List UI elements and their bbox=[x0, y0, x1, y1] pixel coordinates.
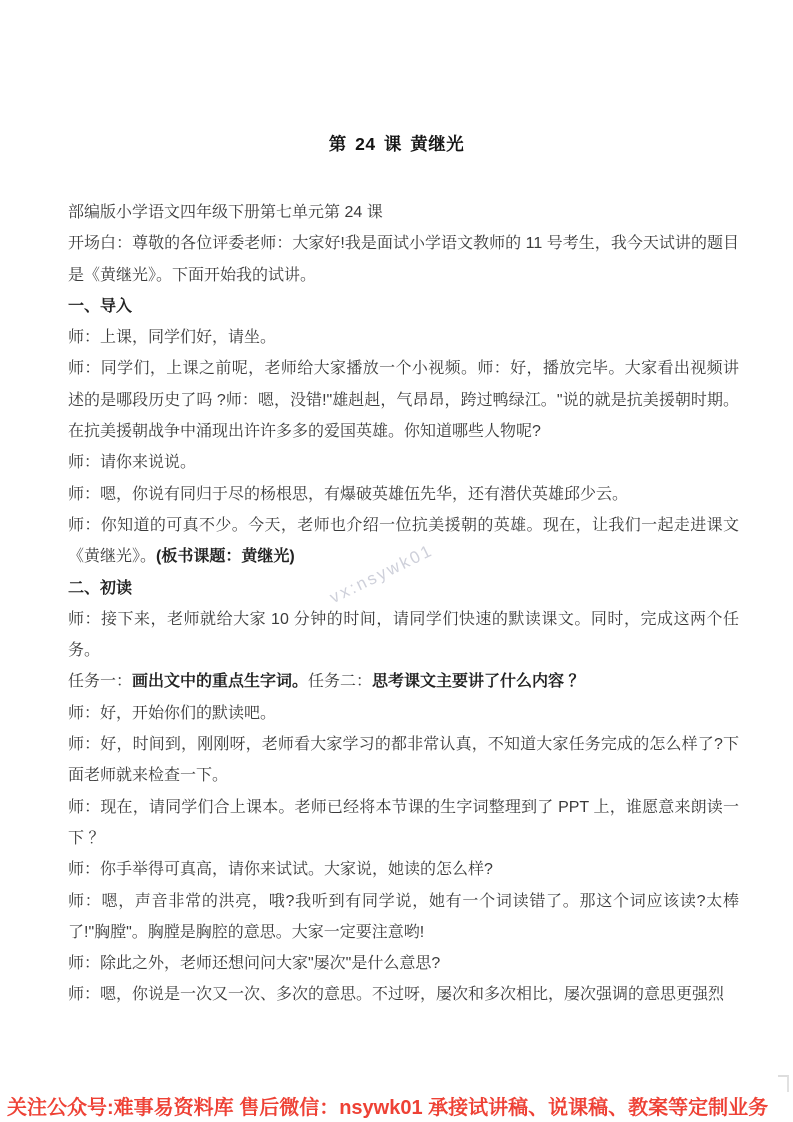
scan-artifact-icon bbox=[778, 1075, 789, 1092]
document-body: 部编版小学语文四年级下册第七单元第 24 课开场白：尊敬的各位评委老师：大家好!… bbox=[68, 197, 739, 1011]
paragraph: 师：你手举得可真高，请你来试试。大家说，她读的怎么样? bbox=[68, 854, 739, 885]
paragraph-run: 师：好，时间到，刚刚呀，老师看大家学习的都非常认真，不知道大家任务完成的怎么样了… bbox=[68, 736, 739, 784]
paragraph-bold-run: 画出文中的重点生字词。 bbox=[132, 673, 308, 690]
paragraph-bold-run: 思考课文主要讲了什么内容 ？ bbox=[372, 673, 584, 690]
paragraph: 师：除此之外，老师还想问问大家"屡次"是什么意思? bbox=[68, 948, 739, 979]
paragraph-run: 师：同学们，上课之前呢，老师给大家播放一个小视频。师：好，播放完毕。大家看出视频… bbox=[68, 360, 739, 440]
paragraph: 师：嗯，声音非常的洪亮，哦?我听到有同学说，她有一个词读错了。那这个词应该读?太… bbox=[68, 886, 739, 949]
paragraph: 师：你知道的可真不少。今天，老师也介绍一位抗美援朝的英雄。现在，让我们一起走进课… bbox=[68, 510, 739, 573]
paragraph-run: 师：你手举得可真高，请你来试试。大家说，她读的怎么样? bbox=[68, 861, 493, 878]
paragraph: 师：上课，同学们好，请坐。 bbox=[68, 322, 739, 353]
paragraph: 师：嗯，你说有同归于尽的杨根思，有爆破英雄伍先华，还有潜伏英雄邱少云。 bbox=[68, 479, 739, 510]
promo-footer-text: 关注公众号:难事易资料库 售后微信：nsywk01 承接试讲稿、说课稿、教案等定… bbox=[7, 1097, 768, 1119]
paragraph: 一、导入 bbox=[68, 291, 739, 322]
page-title: 第 24 课 黄继光 bbox=[0, 131, 793, 156]
paragraph: 师：同学们，上课之前呢，老师给大家播放一个小视频。师：好，播放完毕。大家看出视频… bbox=[68, 353, 739, 447]
document-page: 第 24 课 黄继光 vx:nsywk01 部编版小学语文四年级下册第七单元第 … bbox=[0, 0, 793, 1122]
paragraph-run: 开场白：尊敬的各位评委老师：大家好!我是面试小学语文教师的 11 号考生，我今天… bbox=[68, 235, 739, 283]
paragraph-run: 师：除此之外，老师还想问问大家"屡次"是什么意思? bbox=[68, 955, 440, 972]
paragraph-run: 师：现在，请同学们合上课本。老师已经将本节课的生字词整理到了 PPT 上，谁愿意… bbox=[68, 799, 739, 847]
paragraph: 师：接下来，老师就给大家 10 分钟的时间，请同学们快速的默读课文。同时，完成这… bbox=[68, 604, 739, 667]
promo-footer: 关注公众号:难事易资料库 售后微信：nsywk01 承接试讲稿、说课稿、教案等定… bbox=[7, 1091, 768, 1120]
paragraph-run: 师：请你来说说。 bbox=[68, 454, 196, 471]
paragraph: 师：现在，请同学们合上课本。老师已经将本节课的生字词整理到了 PPT 上，谁愿意… bbox=[68, 792, 739, 855]
paragraph: 师：请你来说说。 bbox=[68, 447, 739, 478]
paragraph: 二、初读 bbox=[68, 573, 739, 604]
paragraph-bold-run: 一、导入 bbox=[68, 298, 132, 315]
paragraph-run: 师：好，开始你们的默读吧。 bbox=[68, 705, 276, 722]
paragraph-run: 师：嗯，声音非常的洪亮，哦?我听到有同学说，她有一个词读错了。那这个词应该读?太… bbox=[68, 893, 739, 941]
paragraph-bold-run: 二、初读 bbox=[68, 580, 132, 597]
paragraph-bold-run: (板书课题：黄继光) bbox=[156, 548, 295, 565]
paragraph-run: 任务二： bbox=[308, 673, 372, 690]
paragraph-run: 师：上课，同学们好，请坐。 bbox=[68, 329, 276, 346]
paragraph: 任务一：画出文中的重点生字词。任务二：思考课文主要讲了什么内容 ？ bbox=[68, 666, 739, 697]
paragraph-run: 部编版小学语文四年级下册第七单元第 24 课 bbox=[68, 204, 383, 221]
paragraph: 师：好，开始你们的默读吧。 bbox=[68, 698, 739, 729]
paragraph-run: 师：嗯，你说是一次又一次、多次的意思。不过呀，屡次和多次相比，屡次强调的意思更强… bbox=[68, 986, 724, 1003]
paragraph: 师：嗯，你说是一次又一次、多次的意思。不过呀，屡次和多次相比，屡次强调的意思更强… bbox=[68, 979, 739, 1010]
paragraph-run: 任务一： bbox=[68, 673, 132, 690]
paragraph-run: 师：嗯，你说有同归于尽的杨根思，有爆破英雄伍先华，还有潜伏英雄邱少云。 bbox=[68, 486, 628, 503]
paragraph: 部编版小学语文四年级下册第七单元第 24 课 bbox=[68, 197, 739, 228]
paragraph: 师：好，时间到，刚刚呀，老师看大家学习的都非常认真，不知道大家任务完成的怎么样了… bbox=[68, 729, 739, 792]
paragraph-run: 师：接下来，老师就给大家 10 分钟的时间，请同学们快速的默读课文。同时，完成这… bbox=[68, 611, 739, 659]
paragraph: 开场白：尊敬的各位评委老师：大家好!我是面试小学语文教师的 11 号考生，我今天… bbox=[68, 228, 739, 291]
